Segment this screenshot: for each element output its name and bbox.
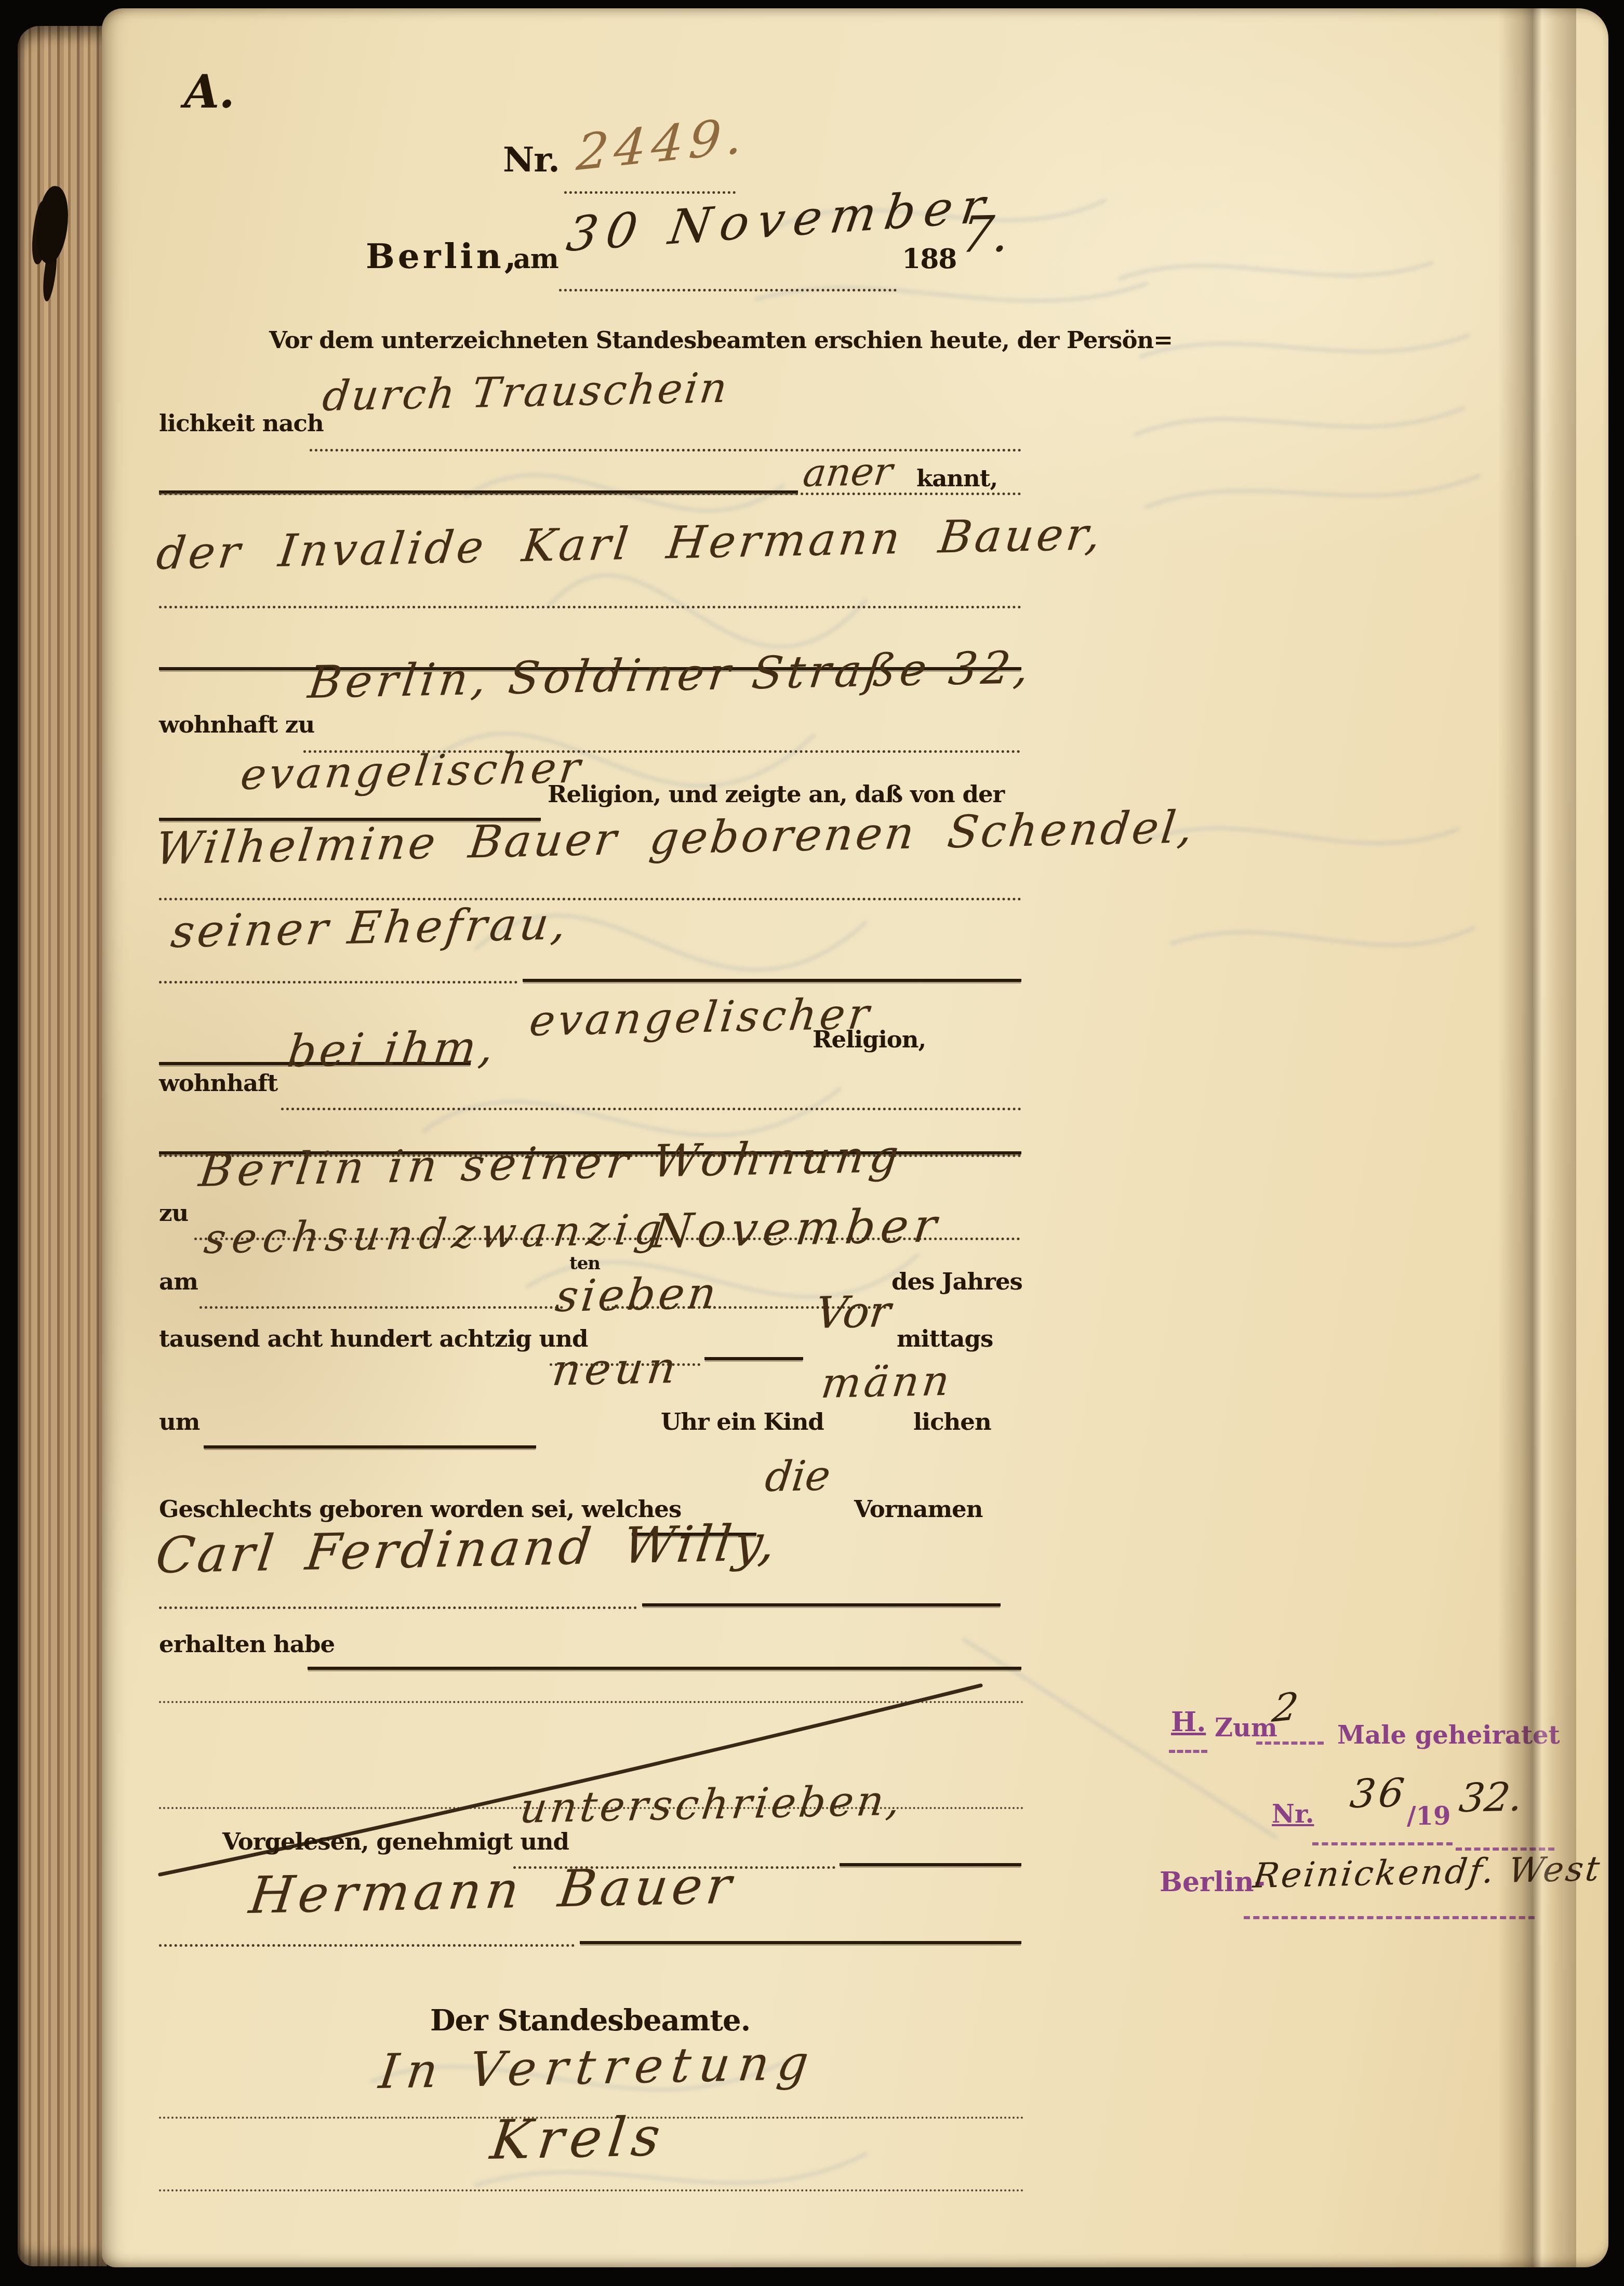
dateline-year-printed: 188	[902, 243, 957, 275]
read-handwritten: unterschrieben,	[517, 1776, 906, 1832]
time-blank-line	[204, 1445, 536, 1448]
vornamen-printed: Vornamen	[854, 1495, 982, 1523]
year-word-handwritten: sieben	[553, 1267, 722, 1322]
dateline-year-handwritten: 7.	[958, 205, 1013, 264]
deputy-handwritten: In Vertretung	[376, 2035, 820, 2099]
declarant-line	[159, 606, 1021, 608]
gender-handwritten: männ	[819, 1357, 955, 1407]
time-printed: Uhr ein Kind	[661, 1408, 824, 1436]
intro-line: Vor dem unterzeichneten Standesbeamten e…	[269, 326, 1173, 354]
declarant-signature-line-solid	[580, 1941, 1021, 1944]
stamp-nr-line	[1312, 1842, 1453, 1845]
identity-line	[310, 449, 1021, 451]
declarant-signature: Hermann Bauer	[246, 1856, 739, 1925]
daypart-handwritten: Vor	[813, 1286, 894, 1338]
residence-handwritten: Berlin, Soldiner Straße 32,	[305, 642, 1036, 709]
stamp-district-line	[1244, 1916, 1535, 1919]
stamp-count-line	[1256, 1742, 1324, 1745]
year-words-printed: tausend acht hundert achtzig und	[159, 1325, 588, 1352]
given-names-line-dotted	[159, 1606, 637, 1609]
nr-value-handwritten: 2449.	[575, 107, 750, 182]
article-handwritten: die	[763, 1451, 833, 1501]
stamp-slash-19: /19	[1407, 1802, 1450, 1831]
given-names-handwritten: Carl Ferdinand Willy,	[153, 1513, 782, 1585]
birthdate-am: am	[159, 1268, 198, 1295]
religion1-printed: Religion, und zeigte an, daß von der	[548, 780, 1004, 808]
birthdate-month-handwritten: November	[648, 1198, 944, 1259]
declarant-signature-line-dotted	[159, 1944, 575, 1947]
year-dash	[704, 1357, 803, 1360]
stamp-nr-label: Nr.	[1272, 1800, 1314, 1829]
identity-handwritten: durch Trauschein	[320, 364, 732, 420]
residence2-line	[281, 1108, 1021, 1110]
recognized-line-dotted	[159, 493, 1021, 495]
register-page: A. Nr. 2449. Berlin, am 30 November 188 …	[102, 8, 1608, 2267]
religion2-printed: Religion,	[813, 1026, 926, 1053]
nr-label: Nr.	[503, 139, 560, 180]
dateline-dotted-line	[559, 289, 897, 291]
identity-printed: lichkeit nach	[159, 409, 324, 437]
mother-handwritten: Wilhelmine Bauer geborenen Schendel,	[153, 801, 1198, 875]
stamp-city: Berlin-	[1160, 1866, 1265, 1898]
registrar-signature-line	[159, 2189, 1024, 2191]
daypart-printed: mittags	[897, 1325, 993, 1352]
dateline-city: Berlin,	[366, 236, 520, 276]
nr-dotted-line	[564, 191, 736, 194]
registrar-title: Der Standesbeamte.	[430, 2003, 750, 2038]
recognized-printed: kannt,	[916, 464, 997, 492]
stamp-zum: Zum	[1215, 1713, 1277, 1743]
spouse-handwritten: seiner Ehefrau,	[168, 898, 572, 958]
mother-line	[159, 898, 1021, 900]
time-um: um	[159, 1408, 199, 1436]
received-line	[308, 1667, 1021, 1670]
birthdate-day-line	[199, 1306, 563, 1309]
residence2-handwritten: bei ihm,	[285, 1021, 500, 1078]
received-printed: erhalten habe	[159, 1630, 335, 1658]
residence-printed: wohnhaft zu	[159, 711, 314, 738]
residence2-printed: wohnhaft	[159, 1069, 277, 1097]
page-fold-crease	[1498, 8, 1576, 2267]
stamp-h-label: H.	[1171, 1706, 1206, 1738]
recognized-handwritten: aner	[801, 449, 895, 496]
birthplace-handwritten: Berlin in seiner Wohnung	[196, 1131, 907, 1197]
scanned-register-book: A. Nr. 2449. Berlin, am 30 November 188 …	[0, 0, 1624, 2286]
read-line-solid	[840, 1863, 1021, 1866]
stamp-h-underline	[1169, 1750, 1207, 1753]
dateline-am: am	[513, 243, 558, 275]
blank-dotted-1	[159, 1701, 1024, 1703]
given-names-line-solid	[642, 1603, 1001, 1606]
spouse-line-solid	[523, 979, 1021, 982]
spouse-line-dotted	[159, 981, 517, 983]
religion1-handwritten: evangelischer	[238, 743, 586, 800]
birthdate-year-label: des Jahres	[891, 1268, 1022, 1295]
corner-letter: A.	[184, 64, 234, 118]
read-printed: Vorgelesen, genehmigt und	[222, 1828, 569, 1855]
gender-printed: lichen	[913, 1408, 991, 1436]
registrar-signature: Krels	[487, 2105, 670, 2172]
declarant-handwritten: der Invalide Karl Hermann Bauer,	[154, 508, 1107, 580]
time-handwritten: neun	[550, 1342, 683, 1395]
book-binding-page-edges	[18, 26, 107, 2266]
stamp-count-handwritten: 2	[1270, 1684, 1301, 1731]
birthplace-printed: zu	[159, 1199, 188, 1227]
stamp-nr-handwritten: 36	[1348, 1770, 1410, 1817]
